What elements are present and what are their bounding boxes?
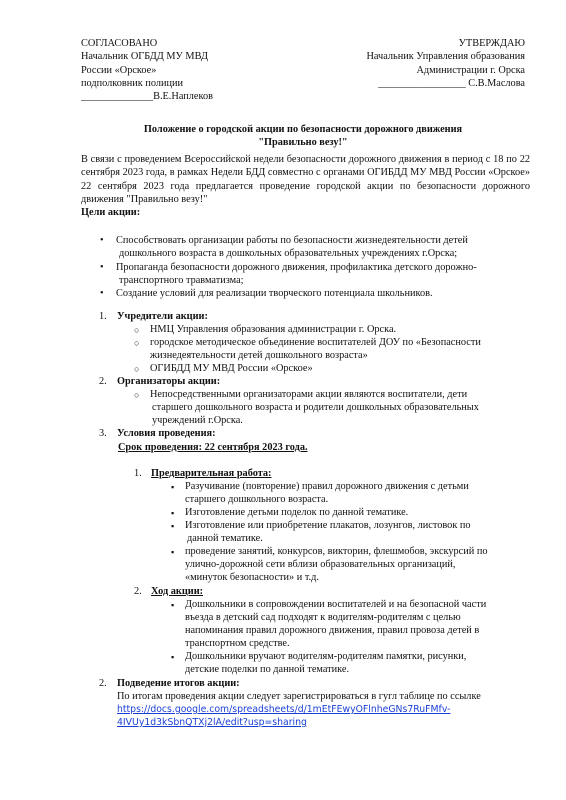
approval-line: Администрации г. Орска: [265, 64, 525, 77]
circle-bullet-icon: ○: [134, 389, 139, 402]
founder-item: городское методическое объединение воспи…: [150, 336, 481, 349]
prep-heading: Предварительная работа:: [151, 467, 272, 480]
circle-bullet-icon: ○: [134, 324, 139, 337]
prep-item-cont: данной тематике.: [187, 532, 263, 545]
bullet-icon: •: [100, 261, 104, 274]
summary-text: По итогам проведения акции следует зарег…: [117, 690, 481, 703]
section-number: 2.: [99, 375, 107, 388]
prep-item-cont: улично-дорожной сети вблизи образователь…: [185, 558, 455, 571]
prep-item: Разучивание (повторение) правил дорожног…: [185, 480, 469, 493]
square-bullet-icon: ▪: [171, 651, 174, 664]
item-text: Способствовать организации работы по без…: [116, 234, 530, 247]
subsection-number: 2.: [134, 585, 142, 598]
course-item: Дошкольники вручают водителям-родителям …: [185, 650, 466, 663]
list-item: • Создание условий для реализации творче…: [100, 287, 530, 300]
organizers-heading: Организаторы акции:: [117, 375, 220, 388]
square-bullet-icon: ▪: [171, 520, 174, 533]
approval-signature: _________________ С.В.Маслова: [265, 77, 525, 90]
subsection-number: 1.: [134, 467, 142, 480]
intro-paragraph: В связи с проведением Всероссийской неде…: [81, 153, 530, 206]
founder-item: ОГИБДД МУ МВД России «Орское»: [150, 362, 313, 375]
square-bullet-icon: ▪: [171, 507, 174, 520]
prep-item: проведение занятий, конкурсов, викторин,…: [185, 545, 488, 558]
square-bullet-icon: ▪: [171, 481, 174, 494]
conditions-heading: Условия проведения:: [117, 427, 216, 440]
section-number: 2.: [99, 677, 107, 690]
section-number: 3.: [99, 427, 107, 440]
organizers-text: старшего дошкольного возраста и родители…: [152, 401, 479, 414]
course-heading: Ход акции:: [151, 585, 203, 598]
prep-item-cont: «минуток безопасности» и т.д.: [185, 571, 319, 584]
document-title: Положение о городской акции по безопасно…: [78, 123, 528, 150]
prep-item: Изготовление или приобретение плакатов, …: [185, 519, 471, 532]
goals-list: • Способствовать организации работы по б…: [100, 234, 530, 300]
item-text: дошкольного возраста в дошкольных образо…: [116, 247, 530, 260]
founder-item: НМЦ Управления образования администрации…: [150, 323, 396, 336]
founder-item-cont: жизнедеятельности детей дошкольного возр…: [150, 349, 368, 362]
list-item: • Пропаганда безопасности дорожного движ…: [100, 261, 530, 288]
spreadsheet-link[interactable]: https://docs.google.com/spreadsheets/d/1…: [117, 703, 450, 716]
course-item-cont: напоминания правил дорожного движения, п…: [185, 624, 479, 637]
prep-item: Изготовление детьми поделок по данной те…: [185, 506, 408, 519]
approval-signature: ______________В.Е.Наплеков: [81, 90, 301, 103]
goals-heading: Цели акции:: [81, 206, 140, 219]
course-item: Дошкольники в сопровождении воспитателей…: [185, 598, 486, 611]
founders-heading: Учредители акции:: [117, 310, 208, 323]
bullet-icon: •: [100, 287, 104, 300]
list-item: • Способствовать организации работы по б…: [100, 234, 530, 261]
bullet-icon: •: [100, 234, 104, 247]
summary-heading: Подведение итогов акции:: [117, 677, 240, 690]
approval-block-right: УТВЕРЖДАЮ Начальник Управления образован…: [265, 37, 525, 90]
item-text: Пропаганда безопасности дорожного движен…: [116, 261, 530, 274]
organizers-text: Непосредственными организаторами акции я…: [150, 388, 467, 401]
approval-line: Начальник Управления образования: [265, 50, 525, 63]
course-item-cont: детские поделки по данной тематике.: [185, 663, 349, 676]
spreadsheet-link-cont[interactable]: 4IVUy1d3kSbnQTXj2lA/edit?usp=sharing: [117, 716, 307, 729]
title-line-1: Положение о городской акции по безопасно…: [78, 123, 528, 136]
prep-item-cont: старшего дошкольного возраста.: [185, 493, 328, 506]
organizers-text: учреждений г.Орска.: [152, 414, 243, 427]
approval-title: УТВЕРЖДАЮ: [265, 37, 525, 50]
course-item-cont: въезда в детский сад подходят к водителя…: [185, 611, 461, 624]
square-bullet-icon: ▪: [171, 546, 174, 559]
circle-bullet-icon: ○: [134, 337, 139, 350]
title-line-2: "Правильно везу!": [78, 136, 528, 149]
item-text: Создание условий для реализации творческ…: [116, 287, 530, 300]
square-bullet-icon: ▪: [171, 599, 174, 612]
section-number: 1.: [99, 310, 107, 323]
course-item-cont: транспортном средстве.: [185, 637, 290, 650]
item-text: транспортного травматизма;: [116, 274, 530, 287]
date-line: Срок проведения: 22 сентября 2023 года.: [118, 441, 308, 454]
